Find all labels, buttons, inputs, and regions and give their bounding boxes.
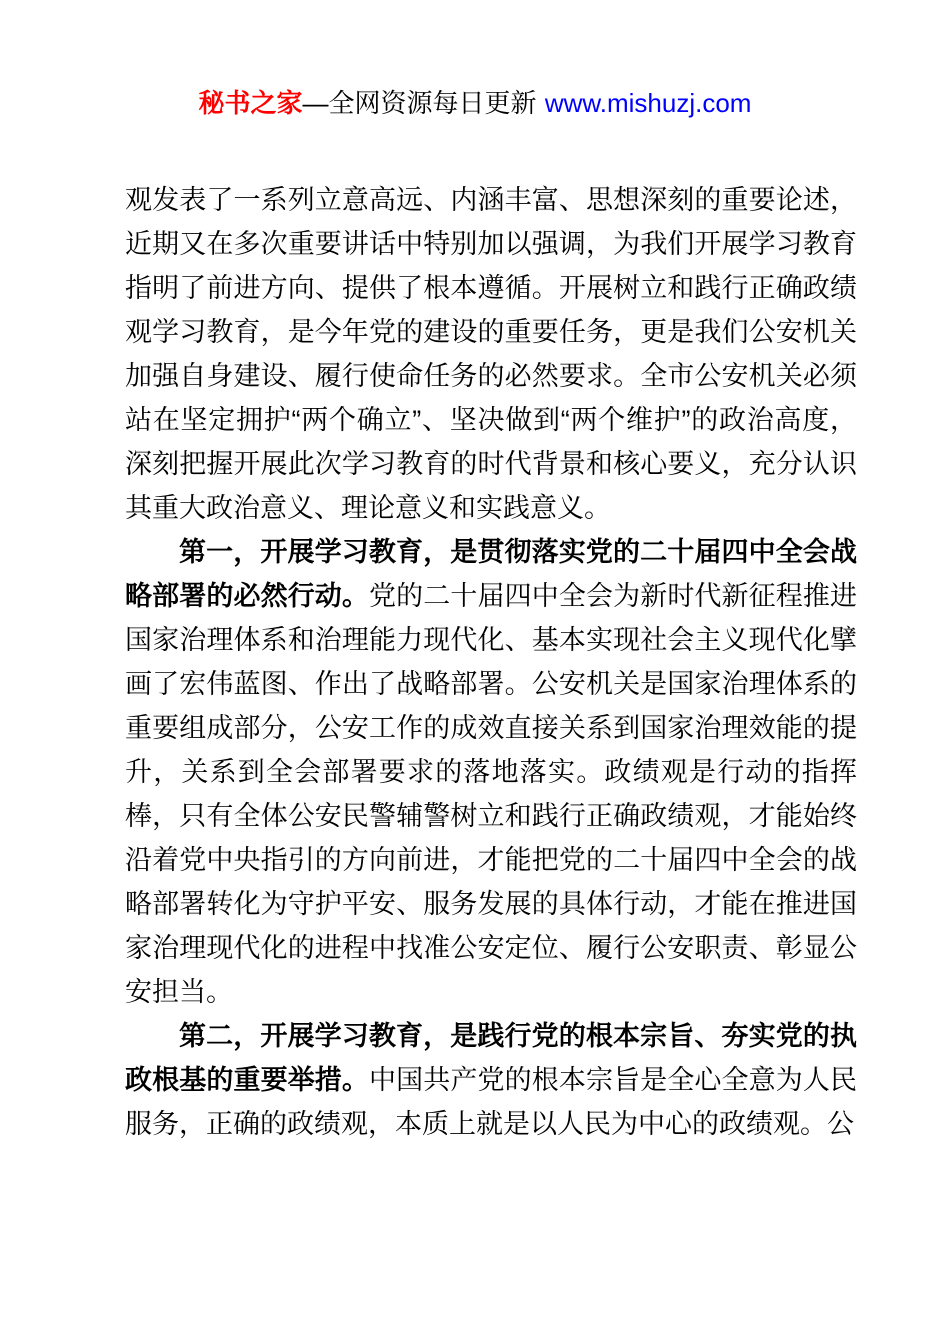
paragraph-1: 观发表了一系列立意高远、内涵丰富、思想深刻的重要论述，近期又在多次重要讲话中特别… <box>125 178 857 530</box>
paragraph-3: 第二，开展学习教育，是践行党的根本宗旨、夯实党的执政根基的重要举措。中国共产党的… <box>125 1014 857 1146</box>
header-url-link[interactable]: www.mishuzj.com <box>545 88 752 118</box>
site-brand: 秘书之家 <box>199 88 303 118</box>
site-header: 秘书之家—全网资源每日更新www.mishuzj.com <box>0 86 950 120</box>
paragraph-2: 第一，开展学习教育，是贯彻落实党的二十届四中全会战略部署的必然行动。党的二十届四… <box>125 530 857 1014</box>
text-run: 党的二十届四中全会为新时代新征程推进国家治理体系和治理能力现代化、基本实现社会主… <box>125 581 857 1007</box>
text-run: 观发表了一系列立意高远、内涵丰富、思想深刻的重要论述，近期又在多次重要讲话中特别… <box>125 185 857 523</box>
document-body: 观发表了一系列立意高远、内涵丰富、思想深刻的重要论述，近期又在多次重要讲话中特别… <box>125 178 857 1146</box>
header-tagline: 全网资源每日更新 <box>329 88 537 118</box>
document-page: 秘书之家—全网资源每日更新www.mishuzj.com 观发表了一系列立意高远… <box>0 0 950 1344</box>
header-dash: — <box>303 88 329 118</box>
